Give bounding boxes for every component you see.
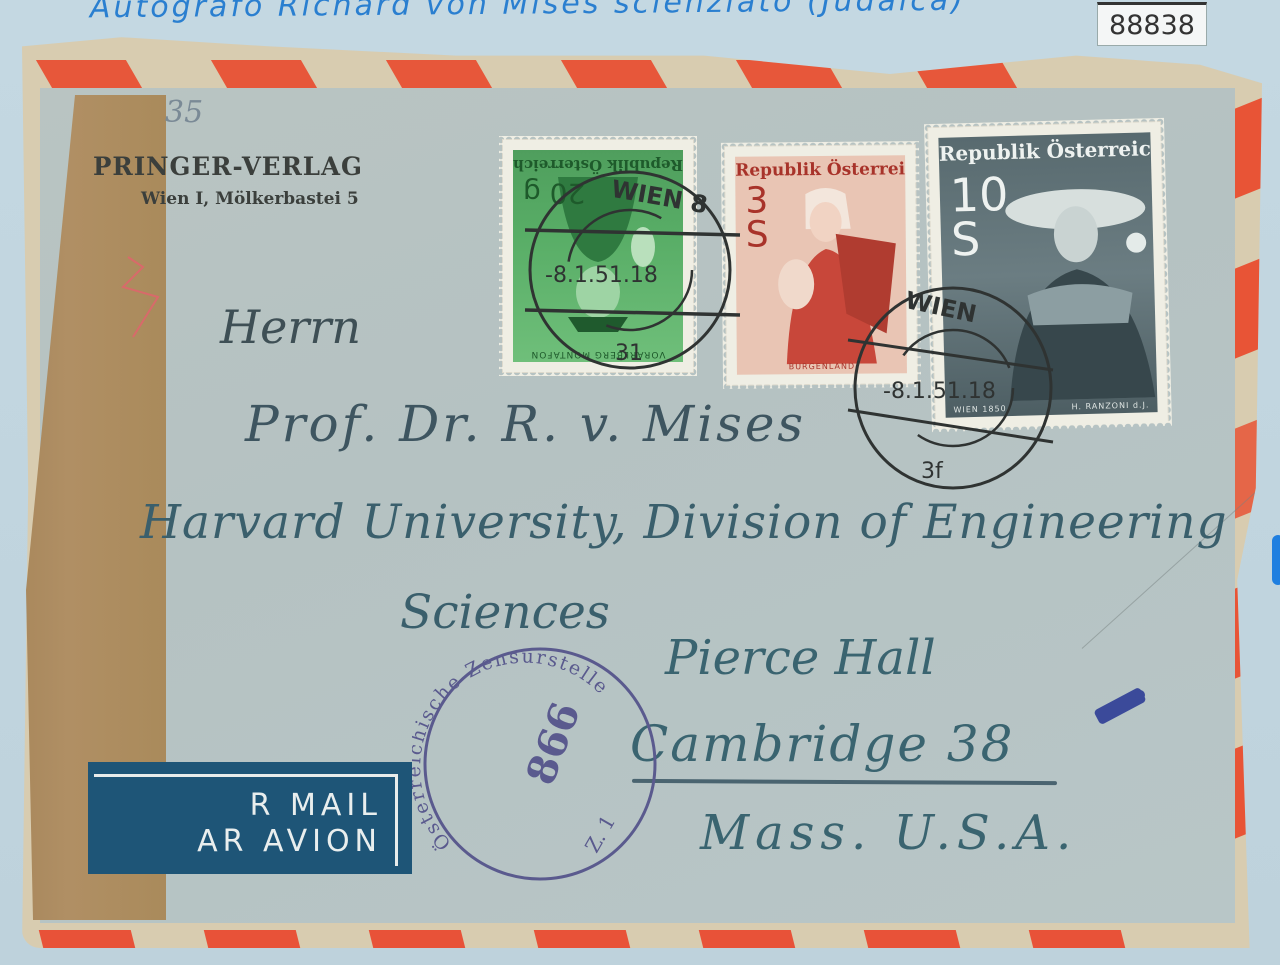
airmail-label: R MAIL AR AVION <box>88 762 412 874</box>
stamp-caption: VORARLBERG MONTAFON <box>513 349 683 359</box>
stamp-red-3s: Republik Österreich 3 S BURGENLAND <box>725 145 917 385</box>
stamp-grey-10s: Republik Österreich 10 S WIEN 1850 H. RA… <box>928 122 1168 428</box>
blue-censor-dot <box>1135 690 1145 700</box>
stamp-caption: WIEN 1850 H. RANZONI d.J. <box>945 400 1157 415</box>
pencil-mark: 35 <box>165 95 203 130</box>
blue-ink-edge <box>1272 535 1280 585</box>
recipient-institution: Harvard University, Division of Engineer… <box>140 495 1228 550</box>
reference-label: 88838 <box>1097 2 1207 46</box>
recipient-name: Prof. Dr. R. v. Mises <box>245 395 806 453</box>
recipient-city: Cambridge 38 <box>630 715 1015 773</box>
stamp-green-20g: VORARLBERG MONTAFON 20 g Republik Österr… <box>503 140 693 372</box>
recipient-institution-cont: Sciences <box>400 585 610 640</box>
airmail-border-bottom <box>42 930 1124 948</box>
red-pencil-mark <box>113 252 173 342</box>
sender-block: PRINGER-VERLAG Wien I, Mölkerbastei 5 <box>93 152 368 209</box>
recipient-country: Mass. U.S.A. <box>700 805 1077 861</box>
airmail-line-1: R MAIL <box>250 788 382 823</box>
stamp-country: Republik Österreich <box>938 136 1151 166</box>
stamp-caption: BURGENLAND <box>737 361 907 371</box>
stamp-country: Republik Österreich <box>513 156 683 174</box>
sender-name: PRINGER-VERLAG <box>93 152 363 181</box>
recipient-building: Pierce Hall <box>665 630 936 686</box>
stamp-portrait <box>765 183 907 364</box>
stamp-portrait <box>984 172 1157 401</box>
stamp-country: Republik Österreich <box>735 159 905 180</box>
airmail-line-2: AR AVION <box>197 824 382 859</box>
recipient-salutation: Herrn <box>220 300 361 354</box>
sender-address: Wien I, Mölkerbastei 5 <box>141 189 368 209</box>
stamp-value: 20 g <box>523 180 585 206</box>
